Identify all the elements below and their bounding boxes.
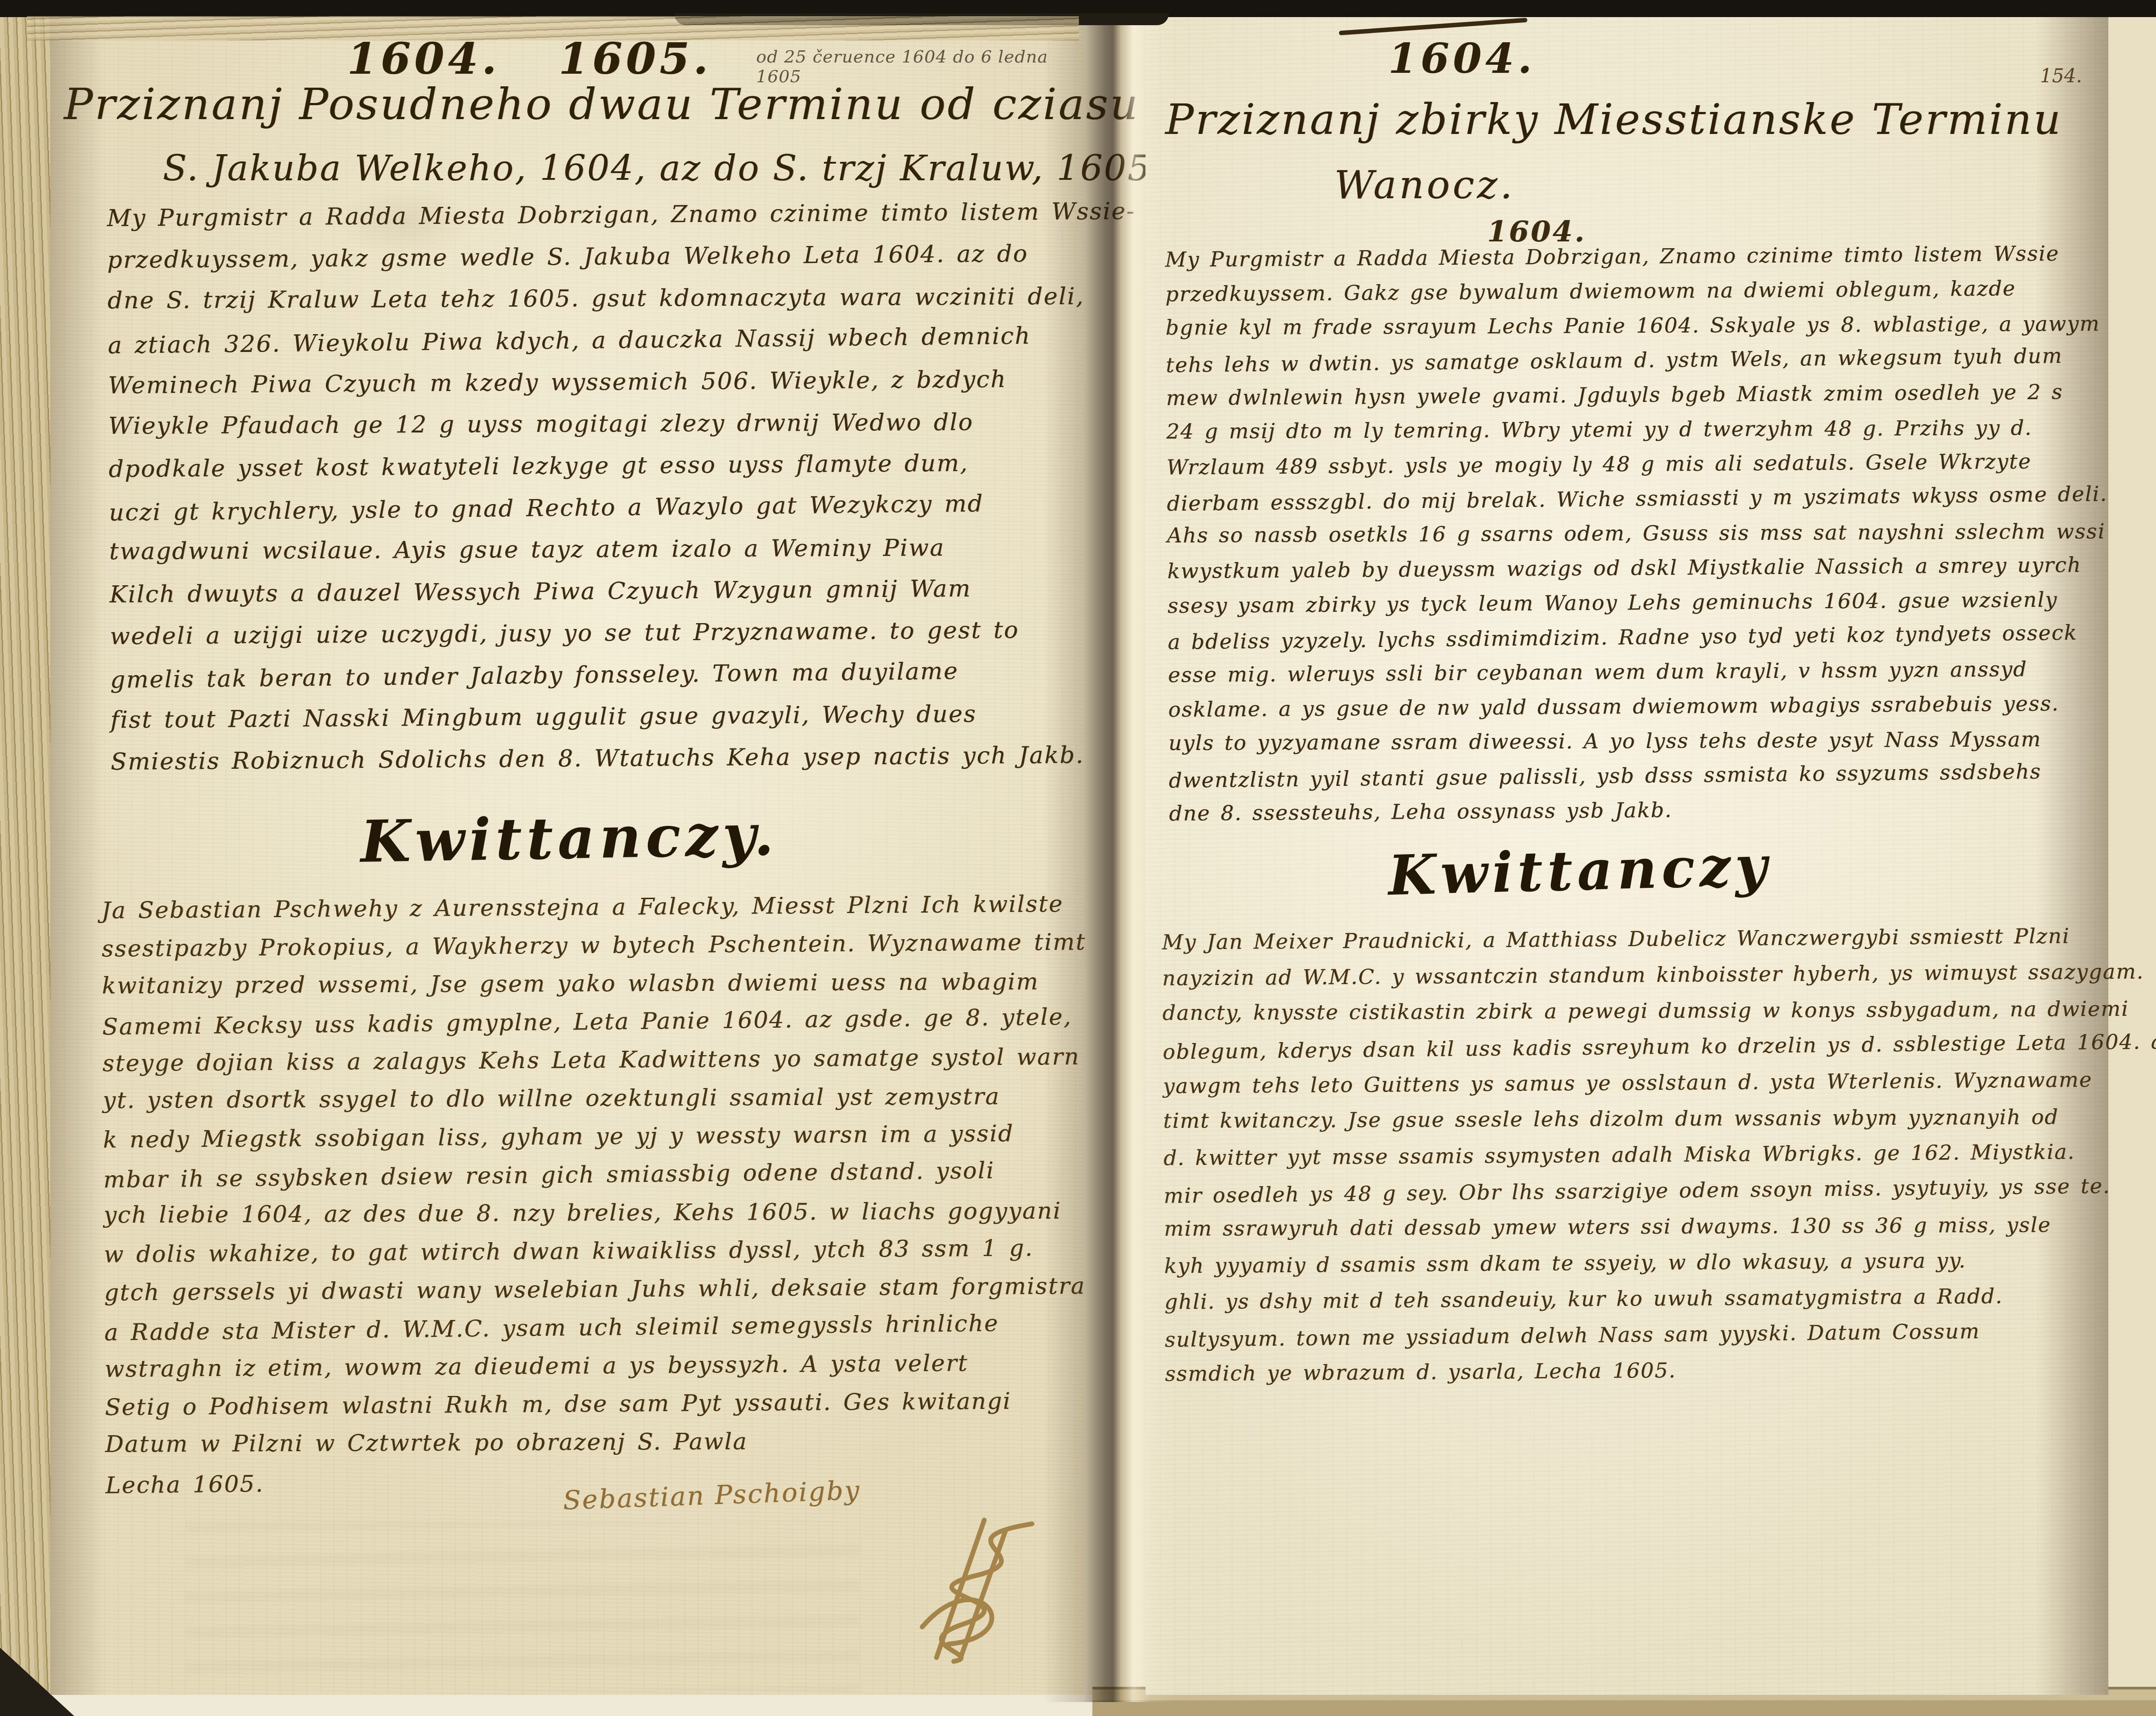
page-number: 154.	[2040, 65, 2082, 87]
left-title-line-2: S. Jakuba Welkeho, 1604, az do S. trzj K…	[163, 148, 1164, 189]
bleedthrough-ghost	[185, 1521, 860, 1692]
right-paragraph-receipt: My Jan Meixer Praudnicki, a Matthiass Du…	[1162, 917, 2156, 1392]
right-page: 1604. 154. Prziznanj zbirky Miesstianske…	[1145, 12, 2108, 1695]
left-paragraph-declaration: My Purgmistr a Radda Miesta Dobrzigan, Z…	[107, 191, 1139, 783]
left-page: 1604.1605. od 25 čeruence 1604 do 6 ledn…	[50, 15, 1084, 1695]
right-year-header: 1604.	[1388, 34, 1536, 83]
year-1605: 1605.	[559, 33, 712, 84]
right-kwittanczy-heading: Kwittanczy	[1387, 833, 1772, 908]
signature-paraph-flourish	[869, 1512, 1062, 1665]
right-title-line-1: Prziznanj zbirky Miesstianske Terminu	[1165, 95, 2062, 144]
right-page-edge-stack	[2108, 0, 2156, 1716]
right-title-line-2: Wanocz.	[1334, 163, 1515, 208]
left-title-line-1: Prziznanj Posudneho dwau Terminu od czia…	[64, 79, 1075, 129]
left-page-edge-stack	[0, 13, 53, 1716]
left-kwittanczy-heading: Kwittanczy.	[360, 801, 779, 876]
left-paragraph-receipt: Ja Sebastian Pschwehy z Aurensstejna a F…	[101, 885, 1090, 1503]
right-paragraph-declaration: My Purgmistr a Radda Miesta Dobrzigan, Z…	[1165, 236, 2110, 831]
left-year-header: 1604.1605.	[347, 33, 770, 84]
scan-background-strip	[0, 1695, 1092, 1716]
top-page-edge-stack	[27, 16, 1079, 40]
year-1604: 1604.	[347, 33, 500, 84]
year-flourish-stroke	[1339, 18, 1528, 35]
manuscript-book-spread: 1604.1605. od 25 čeruence 1604 do 6 ledn…	[0, 0, 2156, 1716]
